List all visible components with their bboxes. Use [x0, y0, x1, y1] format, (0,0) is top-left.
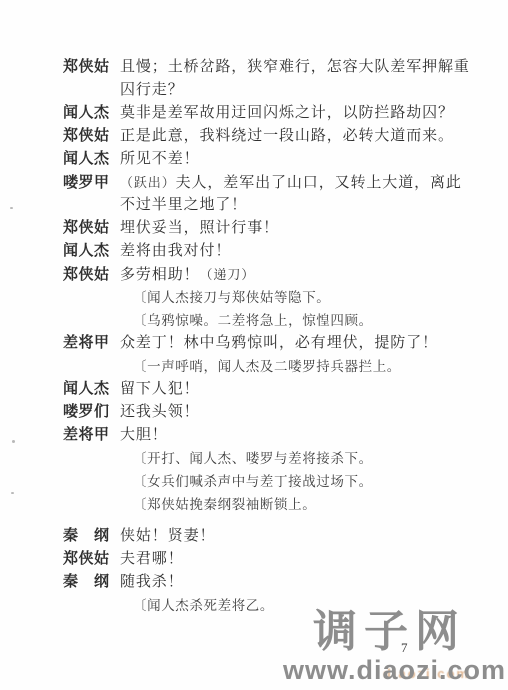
speaker-name: 郑侠姑 [63, 56, 120, 79]
script-line: 郑侠姑正是此意，我料绕过一段山路，必转大道而来。 [0, 125, 508, 148]
line-text: 夫君哪！ [120, 548, 184, 571]
script-line: 喽罗们还我头领！ [0, 401, 508, 424]
line-text: 差将由我对付！ [120, 240, 231, 263]
line-text: 留下人犯！ [120, 378, 200, 401]
script-line: 〔一声呼哨，闻人杰及二喽罗持兵器拦上。 [0, 355, 508, 378]
script-line: 闻人杰留下人犯！ [0, 378, 508, 401]
line-text: 侠姑！贤妻！ [120, 525, 215, 548]
watermark-site-name: 调子网 [313, 610, 466, 654]
speaker-name: 差将甲 [63, 332, 120, 355]
line-text: 〔闻人杰接刀与郑侠姑等隐下。 [120, 286, 330, 309]
speaker-name: 喽罗甲 [63, 172, 120, 195]
line-text: 〔一声呼哨，闻人杰及二喽罗持兵器拦上。 [120, 355, 401, 378]
script-line: 〔闻人杰接刀与郑侠姑等隐下。 [0, 286, 508, 309]
scan-speck [10, 207, 13, 209]
line-text: 大胆！ [120, 424, 168, 447]
line-text: 随我杀！ [120, 571, 184, 594]
script-body: 郑侠姑且慢；土桥岔路，狭窄难行，怎容大队差军押解重囚行走？闻人杰莫非是差军故用迂… [0, 56, 508, 617]
speaker-name: 闻人杰 [63, 378, 120, 401]
line-text: 〔开打、闻人杰、喽罗与差将接杀下。 [120, 447, 373, 470]
speaker-name: 郑侠姑 [63, 125, 120, 148]
line-text: 〔闻人杰杀死差将乙。 [120, 594, 274, 617]
speaker-name: 喽罗们 [63, 401, 120, 424]
line-text: 〔女兵们喊杀声中与差丁接战过场下。 [120, 470, 373, 493]
speaker-name: 秦 纲 [63, 525, 120, 548]
speaker-name: 郑侠姑 [63, 548, 120, 571]
line-text: 不过半里之地了！ [120, 194, 247, 217]
script-line: 闻人杰莫非是差军故用迂回闪烁之计，以防拦路劫囚？ [0, 102, 508, 125]
speaker-name: 郑侠姑 [63, 217, 120, 240]
line-text: 埋伏妥当，照计行事！ [120, 217, 279, 240]
script-line: 郑侠姑埋伏妥当，照计行事！ [0, 217, 508, 240]
watermark-site-url: www.diaozi.com [283, 657, 506, 684]
script-line: 〔乌鸦惊噪。二差将急上，惊惶四顾。 [0, 309, 508, 332]
script-line: 囚行走？ [0, 79, 508, 102]
script-line: 郑侠姑多劳相助！（递刀） [0, 263, 508, 286]
script-line: 差将甲众差丁！林中乌鸦惊叫，必有埋伏，提防了！ [0, 332, 508, 355]
line-text: 囚行走？ [120, 79, 184, 102]
script-line: 〔开打、闻人杰、喽罗与差将接杀下。 [0, 447, 508, 470]
line-text: 〔乌鸦惊噪。二差将急上，惊惶四顾。 [120, 309, 373, 332]
script-line: 闻人杰差将由我对付！ [0, 240, 508, 263]
line-text: 莫非是差军故用迂回闪烁之计，以防拦路劫囚？ [120, 102, 454, 125]
line-text: 还我头领！ [120, 401, 200, 424]
script-line: 〔郑侠姑挽秦纲裂袖断锁上。 [0, 493, 508, 516]
line-text: 正是此意，我料绕过一段山路，必转大道而来。 [120, 125, 454, 148]
speaker-name: 差将甲 [63, 424, 120, 447]
scan-speck [12, 440, 15, 443]
script-line: 喽罗甲（跃出）夫人，差军出了山口，又转上大道，离此 [0, 171, 508, 194]
line-text: 多劳相助！（递刀） [120, 263, 255, 287]
script-line: 郑侠姑夫君哪！ [0, 548, 508, 571]
line-text: 且慢；土桥岔路，狭窄难行，怎容大队差军押解重 [120, 56, 470, 79]
script-line: 闻人杰所见不差！ [0, 148, 508, 171]
scan-speck [11, 492, 14, 494]
line-text: 众差丁！林中乌鸦惊叫，必有埋伏，提防了！ [120, 332, 438, 355]
script-line: 不过半里之地了！ [0, 194, 508, 217]
script-page: 郑侠姑且慢；土桥岔路，狭窄难行，怎容大队差军押解重囚行走？闻人杰莫非是差军故用迂… [0, 0, 508, 690]
speaker-name: 郑侠姑 [63, 264, 120, 287]
page-number: 7 [401, 640, 408, 656]
script-line: 秦 纲侠姑！贤妻！ [0, 525, 508, 548]
script-line: 〔女兵们喊杀声中与差丁接战过场下。 [0, 470, 508, 493]
script-line: 郑侠姑且慢；土桥岔路，狭窄难行，怎容大队差军押解重 [0, 56, 508, 79]
speaker-name: 闻人杰 [63, 240, 120, 263]
speaker-name: 秦 纲 [63, 571, 120, 594]
line-text: 〔郑侠姑挽秦纲裂袖断锁上。 [120, 493, 316, 516]
speaker-name: 闻人杰 [63, 102, 120, 125]
speaker-name: 闻人杰 [63, 148, 120, 171]
line-text: 所见不差！ [120, 148, 200, 171]
script-line: 秦 纲随我杀！ [0, 571, 508, 594]
line-text: （跃出）夫人，差军出了山口，又转上大道，离此 [120, 171, 462, 195]
script-line: 差将甲大胆！ [0, 424, 508, 447]
